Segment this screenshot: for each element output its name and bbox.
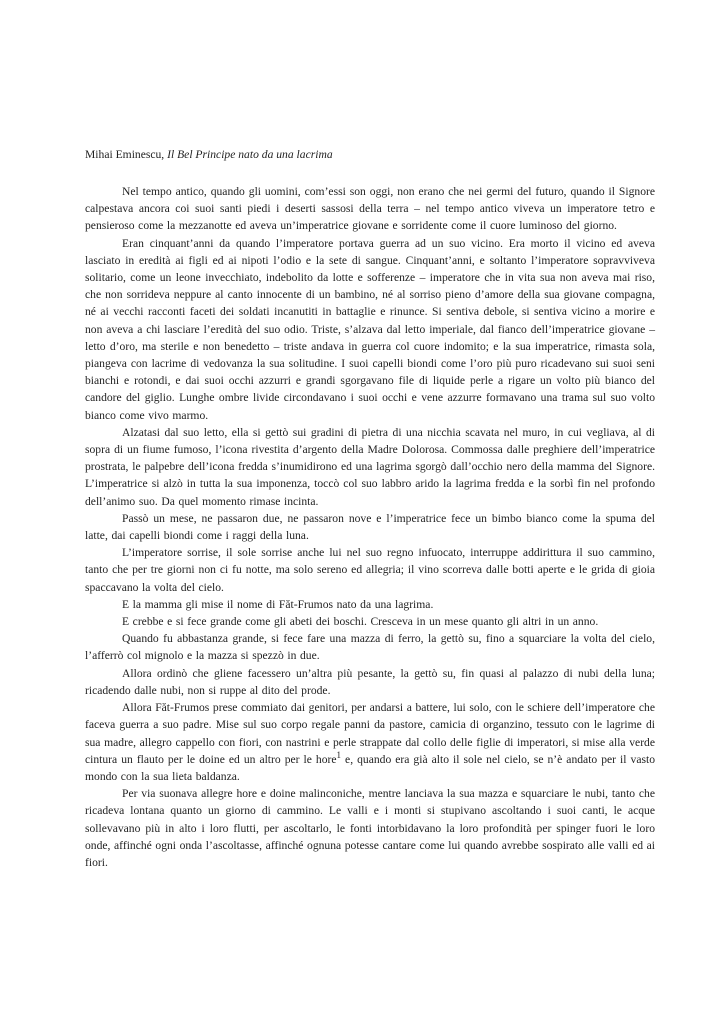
document-page: Mihai Eminescu, Il Bel Principe nato da …: [0, 0, 724, 1024]
paragraph-3: Alzatasi dal suo letto, ella si gettò su…: [85, 424, 655, 510]
paragraph-9: Allora ordinò che gliene facessero un’al…: [85, 665, 655, 699]
paragraph-7: E crebbe e si fece grande come gli abeti…: [85, 613, 655, 630]
paragraph-2: Eran cinquant’anni da quando l’imperator…: [85, 235, 655, 424]
paragraph-8: Quando fu abbastanza grande, si fece far…: [85, 630, 655, 664]
paragraph-10: Allora Făt-Frumos prese commiato dai gen…: [85, 699, 655, 785]
paragraph-6: E la mamma gli mise il nome di Făt-Frumo…: [85, 596, 655, 613]
work-title: Il Bel Principe nato da una lacrima: [167, 148, 333, 161]
paragraph-1: Nel tempo antico, quando gli uomini, com…: [85, 183, 655, 235]
footnote-ref: 1: [337, 750, 342, 760]
paragraph-11: Per via suonava allegre hore e doine mal…: [85, 785, 655, 871]
text-column: Mihai Eminescu, Il Bel Principe nato da …: [85, 146, 655, 871]
document-heading: Mihai Eminescu, Il Bel Principe nato da …: [85, 146, 655, 163]
paragraph-5: L’imperatore sorrise, il sole sorrise an…: [85, 544, 655, 596]
paragraph-4: Passò un mese, ne passaron due, ne passa…: [85, 510, 655, 544]
author-name: Mihai Eminescu,: [85, 148, 167, 161]
